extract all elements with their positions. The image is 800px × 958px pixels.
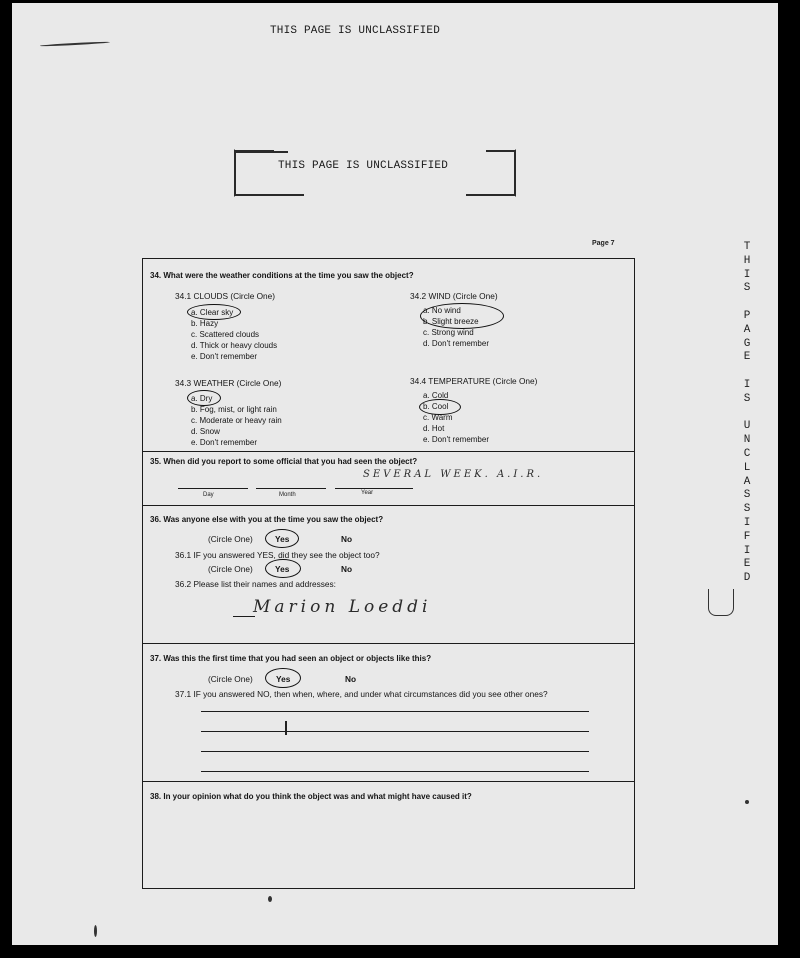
temperature-option-e[interactable]: e. Don't remember (423, 435, 489, 444)
wind-title: 34.2 WIND (Circle One) (410, 291, 498, 301)
q37-no[interactable]: No (345, 674, 356, 684)
q36-2-question: 36.2 Please list their names and address… (175, 579, 336, 589)
year-field-line[interactable] (335, 488, 413, 489)
side-stamp-letter: P (740, 310, 754, 324)
side-stamp-letter: I (740, 545, 754, 559)
side-stamp-letter: F (740, 531, 754, 545)
q36-circle-one: (Circle One) (208, 534, 253, 544)
weather-title: 34.3 WEATHER (Circle One) (175, 378, 281, 388)
month-label: Month (279, 492, 296, 498)
clouds-option-c[interactable]: c. Scattered clouds (191, 330, 259, 339)
side-stamp-letter: S (740, 393, 754, 407)
q36-no[interactable]: No (341, 534, 352, 544)
underline-mark (233, 616, 255, 617)
side-stamp-letter: L (740, 462, 754, 476)
circle-mark (265, 529, 299, 548)
side-stamp-letter: E (740, 351, 754, 365)
temperature-title: 34.4 TEMPERATURE (Circle One) (410, 376, 537, 386)
wind-option-c[interactable]: c. Strong wind (423, 328, 474, 337)
side-stamp-letter: H (740, 255, 754, 269)
answer-line-2[interactable] (201, 731, 589, 732)
clouds-option-e[interactable]: e. Don't remember (191, 352, 257, 361)
clouds-title: 34.1 CLOUDS (Circle One) (175, 291, 275, 301)
circle-mark (265, 559, 301, 578)
answer-line-4[interactable] (201, 771, 589, 772)
scan-artifact (708, 589, 734, 616)
temperature-option-d[interactable]: d. Hot (423, 424, 444, 433)
weather-option-e[interactable]: e. Don't remember (191, 438, 257, 447)
scan-artifact (94, 925, 97, 937)
day-field-line[interactable] (178, 488, 248, 489)
answer-line-1[interactable] (201, 711, 589, 712)
side-stamp-letter: I (740, 517, 754, 531)
scan-artifact (40, 41, 110, 47)
side-stamp-letter (740, 365, 754, 379)
day-label: Day (203, 492, 214, 498)
side-stamp-letter: A (740, 324, 754, 338)
scan-artifact (268, 896, 272, 902)
side-stamp-letter: D (740, 572, 754, 586)
section-q37: 37. Was this the first time that you had… (143, 643, 634, 782)
temperature-option-c[interactable]: c. Warm (423, 413, 452, 422)
wind-option-d[interactable]: d. Don't remember (423, 339, 489, 348)
side-stamp-letter: I (740, 269, 754, 283)
circle-mark (187, 304, 241, 320)
side-stamp-letter: S (740, 282, 754, 296)
q36-question: 36. Was anyone else with you at the time… (150, 515, 383, 524)
boxed-classification-stamp: THIS PAGE IS UNCLASSIFIED (278, 160, 448, 172)
q37-question: 37. Was this the first time that you had… (150, 654, 431, 663)
scanned-page: THIS PAGE IS UNCLASSIFIED THIS PAGE IS U… (12, 3, 778, 945)
section-q36: 36. Was anyone else with you at the time… (143, 505, 634, 644)
clouds-option-b[interactable]: b. Hazy (191, 319, 218, 328)
weather-option-d[interactable]: d. Snow (191, 427, 220, 436)
side-stamp-letter: S (740, 489, 754, 503)
q37-1-question: 37.1 IF you answered NO, then when, wher… (175, 689, 548, 699)
month-field-line[interactable] (256, 488, 326, 489)
side-stamp-letter (740, 296, 754, 310)
q36-1-no[interactable]: No (341, 564, 352, 574)
q35-question: 35. When did you report to some official… (150, 457, 417, 466)
side-stamp-letter: I (740, 379, 754, 393)
answer-line-3[interactable] (201, 751, 589, 752)
side-stamp-letter: U (740, 420, 754, 434)
year-label: Year (361, 490, 373, 496)
boxed-stamp-frame (234, 149, 516, 197)
section-q34: 34. What were the weather conditions at … (143, 259, 634, 452)
handwritten-names: Marion Loeddi (253, 597, 431, 617)
q36-1-circle-one: (Circle One) (208, 564, 253, 574)
circle-mark (420, 303, 504, 329)
section-q35: 35. When did you report to some official… (143, 451, 634, 506)
circle-mark (265, 668, 301, 688)
side-stamp-letter: A (740, 476, 754, 490)
questionnaire-form: 34. What were the weather conditions at … (142, 258, 635, 889)
section-q38: 38. In your opinion what do you think th… (143, 781, 634, 888)
q34-question: 34. What were the weather conditions at … (150, 271, 414, 280)
q37-circle-one: (Circle One) (208, 674, 253, 684)
q38-question: 38. In your opinion what do you think th… (150, 792, 472, 801)
side-classification-stamp: THIS PAGE IS UNCLASSIFIED (740, 241, 754, 586)
side-stamp-letter: C (740, 448, 754, 462)
weather-option-c[interactable]: c. Moderate or heavy rain (191, 416, 282, 425)
side-stamp-letter: E (740, 558, 754, 572)
circle-mark (187, 390, 221, 406)
scan-artifact (745, 800, 749, 804)
page-number: Page 7 (592, 240, 615, 247)
weather-option-b[interactable]: b. Fog, mist, or light rain (191, 405, 277, 414)
side-stamp-letter: N (740, 434, 754, 448)
pen-mark (285, 721, 287, 735)
side-stamp-letter: G (740, 338, 754, 352)
side-stamp-letter: T (740, 241, 754, 255)
side-stamp-letter (740, 407, 754, 421)
top-classification-stamp: THIS PAGE IS UNCLASSIFIED (270, 25, 440, 37)
handwritten-report-date: SEVERAL WEEK. A.I.R. (363, 469, 543, 480)
side-stamp-letter: S (740, 503, 754, 517)
clouds-option-d[interactable]: d. Thick or heavy clouds (191, 341, 277, 350)
